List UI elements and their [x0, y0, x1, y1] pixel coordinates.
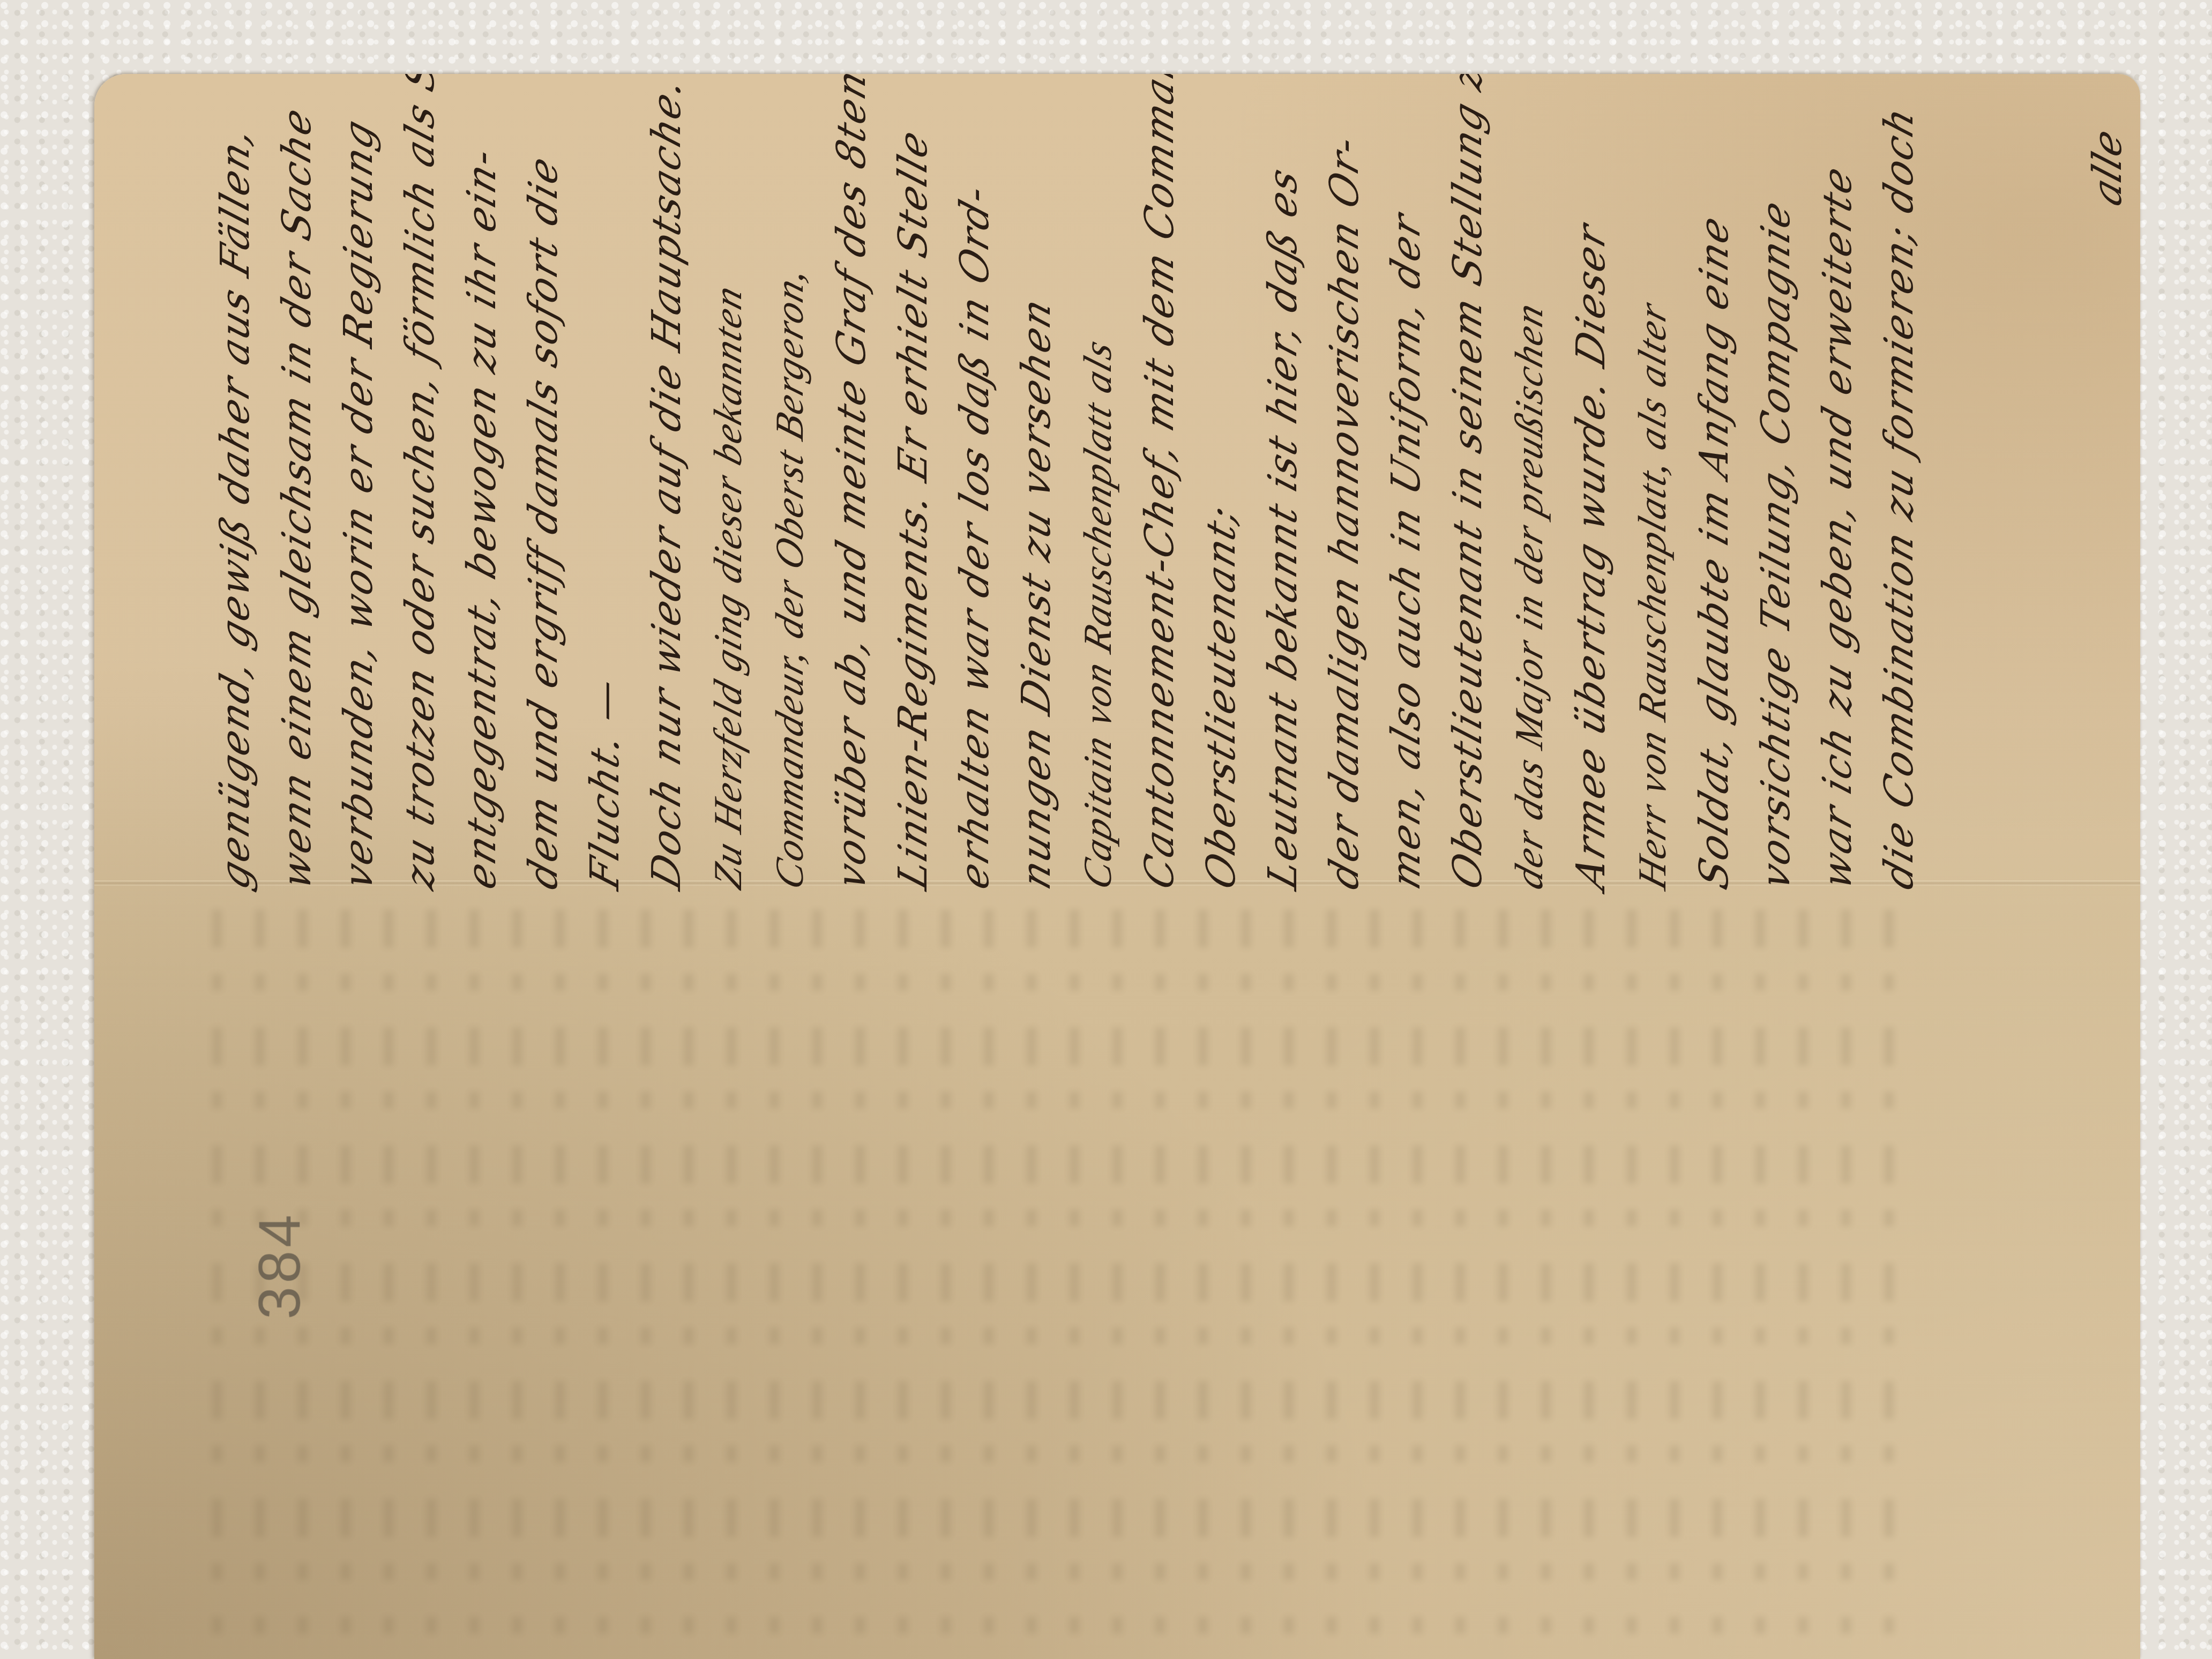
manuscript-line: Armee übertrag wurde. Dieser — [1571, 218, 1611, 894]
manuscript-line: entgegentrat, bewogen zu ihr ein- — [462, 143, 502, 894]
manuscript-line: erhalten war der los daß in Ord- — [955, 180, 995, 894]
manuscript-page: genügend, gewiß daher aus Fällen, wenn e… — [94, 74, 2140, 1659]
manuscript-line: Cantonnement-Chef, mit dem Commandeur — [1140, 74, 1179, 894]
manuscript-line: der damaligen hannoverischen Or- — [1325, 130, 1364, 894]
manuscript-line: Herr von Rauschenplatt, als alter — [1633, 296, 1672, 894]
manuscript-line: nungen Dienst zu versehen — [1017, 293, 1056, 894]
manuscript-line: der das Major in der preußischen — [1509, 297, 1549, 894]
manuscript-line: war ich zu geben, und erweiterte — [1818, 160, 1857, 894]
manuscript-line: Zu Herzfeld ging dieser bekannten — [708, 279, 748, 894]
manuscript-line: genügend, gewiß daher aus Fällen, — [215, 121, 255, 894]
manuscript-line: Doch nur wieder auf die Hauptsache. — [647, 74, 686, 894]
manuscript-line: Oberstlieutenant in seinem Stellung zu — [1448, 74, 1488, 894]
manuscript-line: men, also auch in Uniform, der — [1386, 207, 1426, 894]
manuscript-line: vorsichtige Teilung, Compagnie — [1756, 195, 1796, 894]
manuscript-line: Oberstlieutenant; — [1201, 499, 1241, 894]
manuscript-line: Commandeur, der Oberst Bergeron, — [770, 261, 810, 894]
manuscript-line: Capitain von Rauschenplatt als — [1078, 334, 1118, 894]
ink-bleed-through — [175, 910, 2088, 1633]
closing-word: alle — [2084, 124, 2131, 211]
handwritten-text-block: genügend, gewiß daher aus Fällen, wenn e… — [201, 117, 2077, 894]
manuscript-line: Soldat, glaubte im Anfang eine — [1694, 210, 1734, 894]
manuscript-line: dem und ergriff damals sofort die — [524, 151, 563, 894]
manuscript-line: wenn einem gleichsam in der Sache — [277, 102, 317, 894]
manuscript-line: verbunden, worin er der Regierung — [339, 114, 378, 894]
manuscript-line: Leutnant bekannt ist hier, daß es — [1263, 162, 1303, 894]
manuscript-line: zu trotzen oder suchen, förmlich als Sie… — [400, 74, 440, 894]
manuscript-line: die Combination zu formieren; doch — [1879, 101, 1919, 894]
pencil-page-number: 384 — [245, 1212, 313, 1320]
manuscript-line: vorüber ab, und meinte Graf des 8ten — [832, 74, 871, 894]
manuscript-line: Flucht. — — [585, 672, 625, 894]
manuscript-line: Linien-Regiments. Er erhielt Stelle — [893, 124, 933, 894]
